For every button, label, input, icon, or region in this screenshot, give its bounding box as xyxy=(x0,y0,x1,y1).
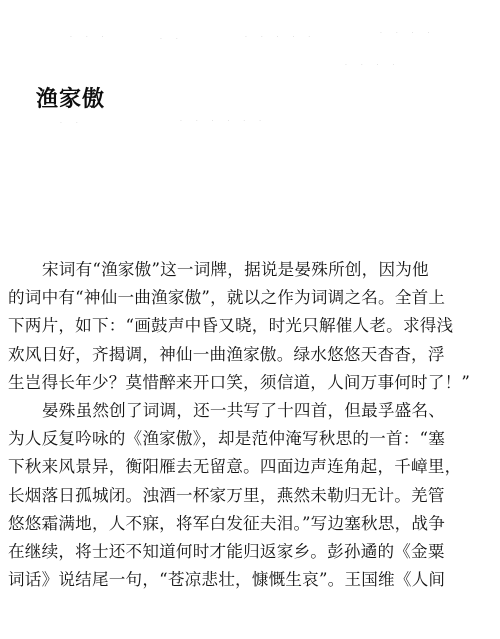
text-line: 宋词有“渔家傲”这一词牌，据说是晏殊所创，因为他 xyxy=(8,256,470,284)
page-title: 渔家傲 xyxy=(36,82,105,113)
text-line: 的词中有“神仙一曲渔家傲”，就以之作为词调之名。全首上 xyxy=(8,284,470,312)
scan-speckle: · · · xyxy=(70,34,110,41)
scan-speckle: · · · · xyxy=(345,62,400,69)
text-line: 词话》说结尾一句，“苍凉悲壮，慷慨生哀”。王国维《人间 xyxy=(8,566,470,594)
book-page: · · · · · · · · · · · · · · · · · · · · … xyxy=(0,0,500,639)
text-line: 在继续，将士还不知道何时才能归返家乡。彭孙遹的《金粟 xyxy=(8,538,470,566)
text-line: 生岂得长年少？莫惜醉来开口笑，须信道，人间万事何时了！” xyxy=(8,369,470,397)
scan-speckle: · · xyxy=(160,36,184,43)
text-line: 下两片，如下：“画鼓声中昏又晓，时光只解催人老。求得浅 xyxy=(8,312,470,340)
text-line: 悠悠霜满地，人不寐，将军白发征夫泪。”写边塞秋思，战争 xyxy=(8,510,470,538)
body-text: 宋词有“渔家傲”这一词牌，据说是晏殊所创，因为他 的词中有“神仙一曲渔家傲”，就… xyxy=(8,256,470,594)
paragraph-1: 宋词有“渔家傲”这一词牌，据说是晏殊所创，因为他 的词中有“神仙一曲渔家傲”，就… xyxy=(8,256,470,397)
scan-speckle: · · xyxy=(60,120,84,127)
text-line: 下秋来风景异，衡阳雁去无留意。四面边声连角起，千嶂里， xyxy=(8,453,470,481)
scan-speckle: · · · · · xyxy=(245,34,316,41)
text-line: 为人反复吟咏的《渔家傲》，却是范仲淹写秋思的一首：“塞 xyxy=(8,425,470,453)
paragraph-2: 晏殊虽然创了词调，还一共写了十四首，但最孚盛名、 为人反复吟咏的《渔家傲》，却是… xyxy=(8,397,470,594)
scan-speckle: · · · · · · xyxy=(180,118,267,125)
scan-speckle: · · · · xyxy=(380,30,435,37)
text-line: 晏殊虽然创了词调，还一共写了十四首，但最孚盛名、 xyxy=(8,397,470,425)
text-line: 长烟落日孤城闭。浊酒一杯家万里，燕然未勒归无计。羌管 xyxy=(8,482,470,510)
text-line: 欢风日好，齐揭调，神仙一曲渔家傲。绿水悠悠天杳杳，浮 xyxy=(8,341,470,369)
